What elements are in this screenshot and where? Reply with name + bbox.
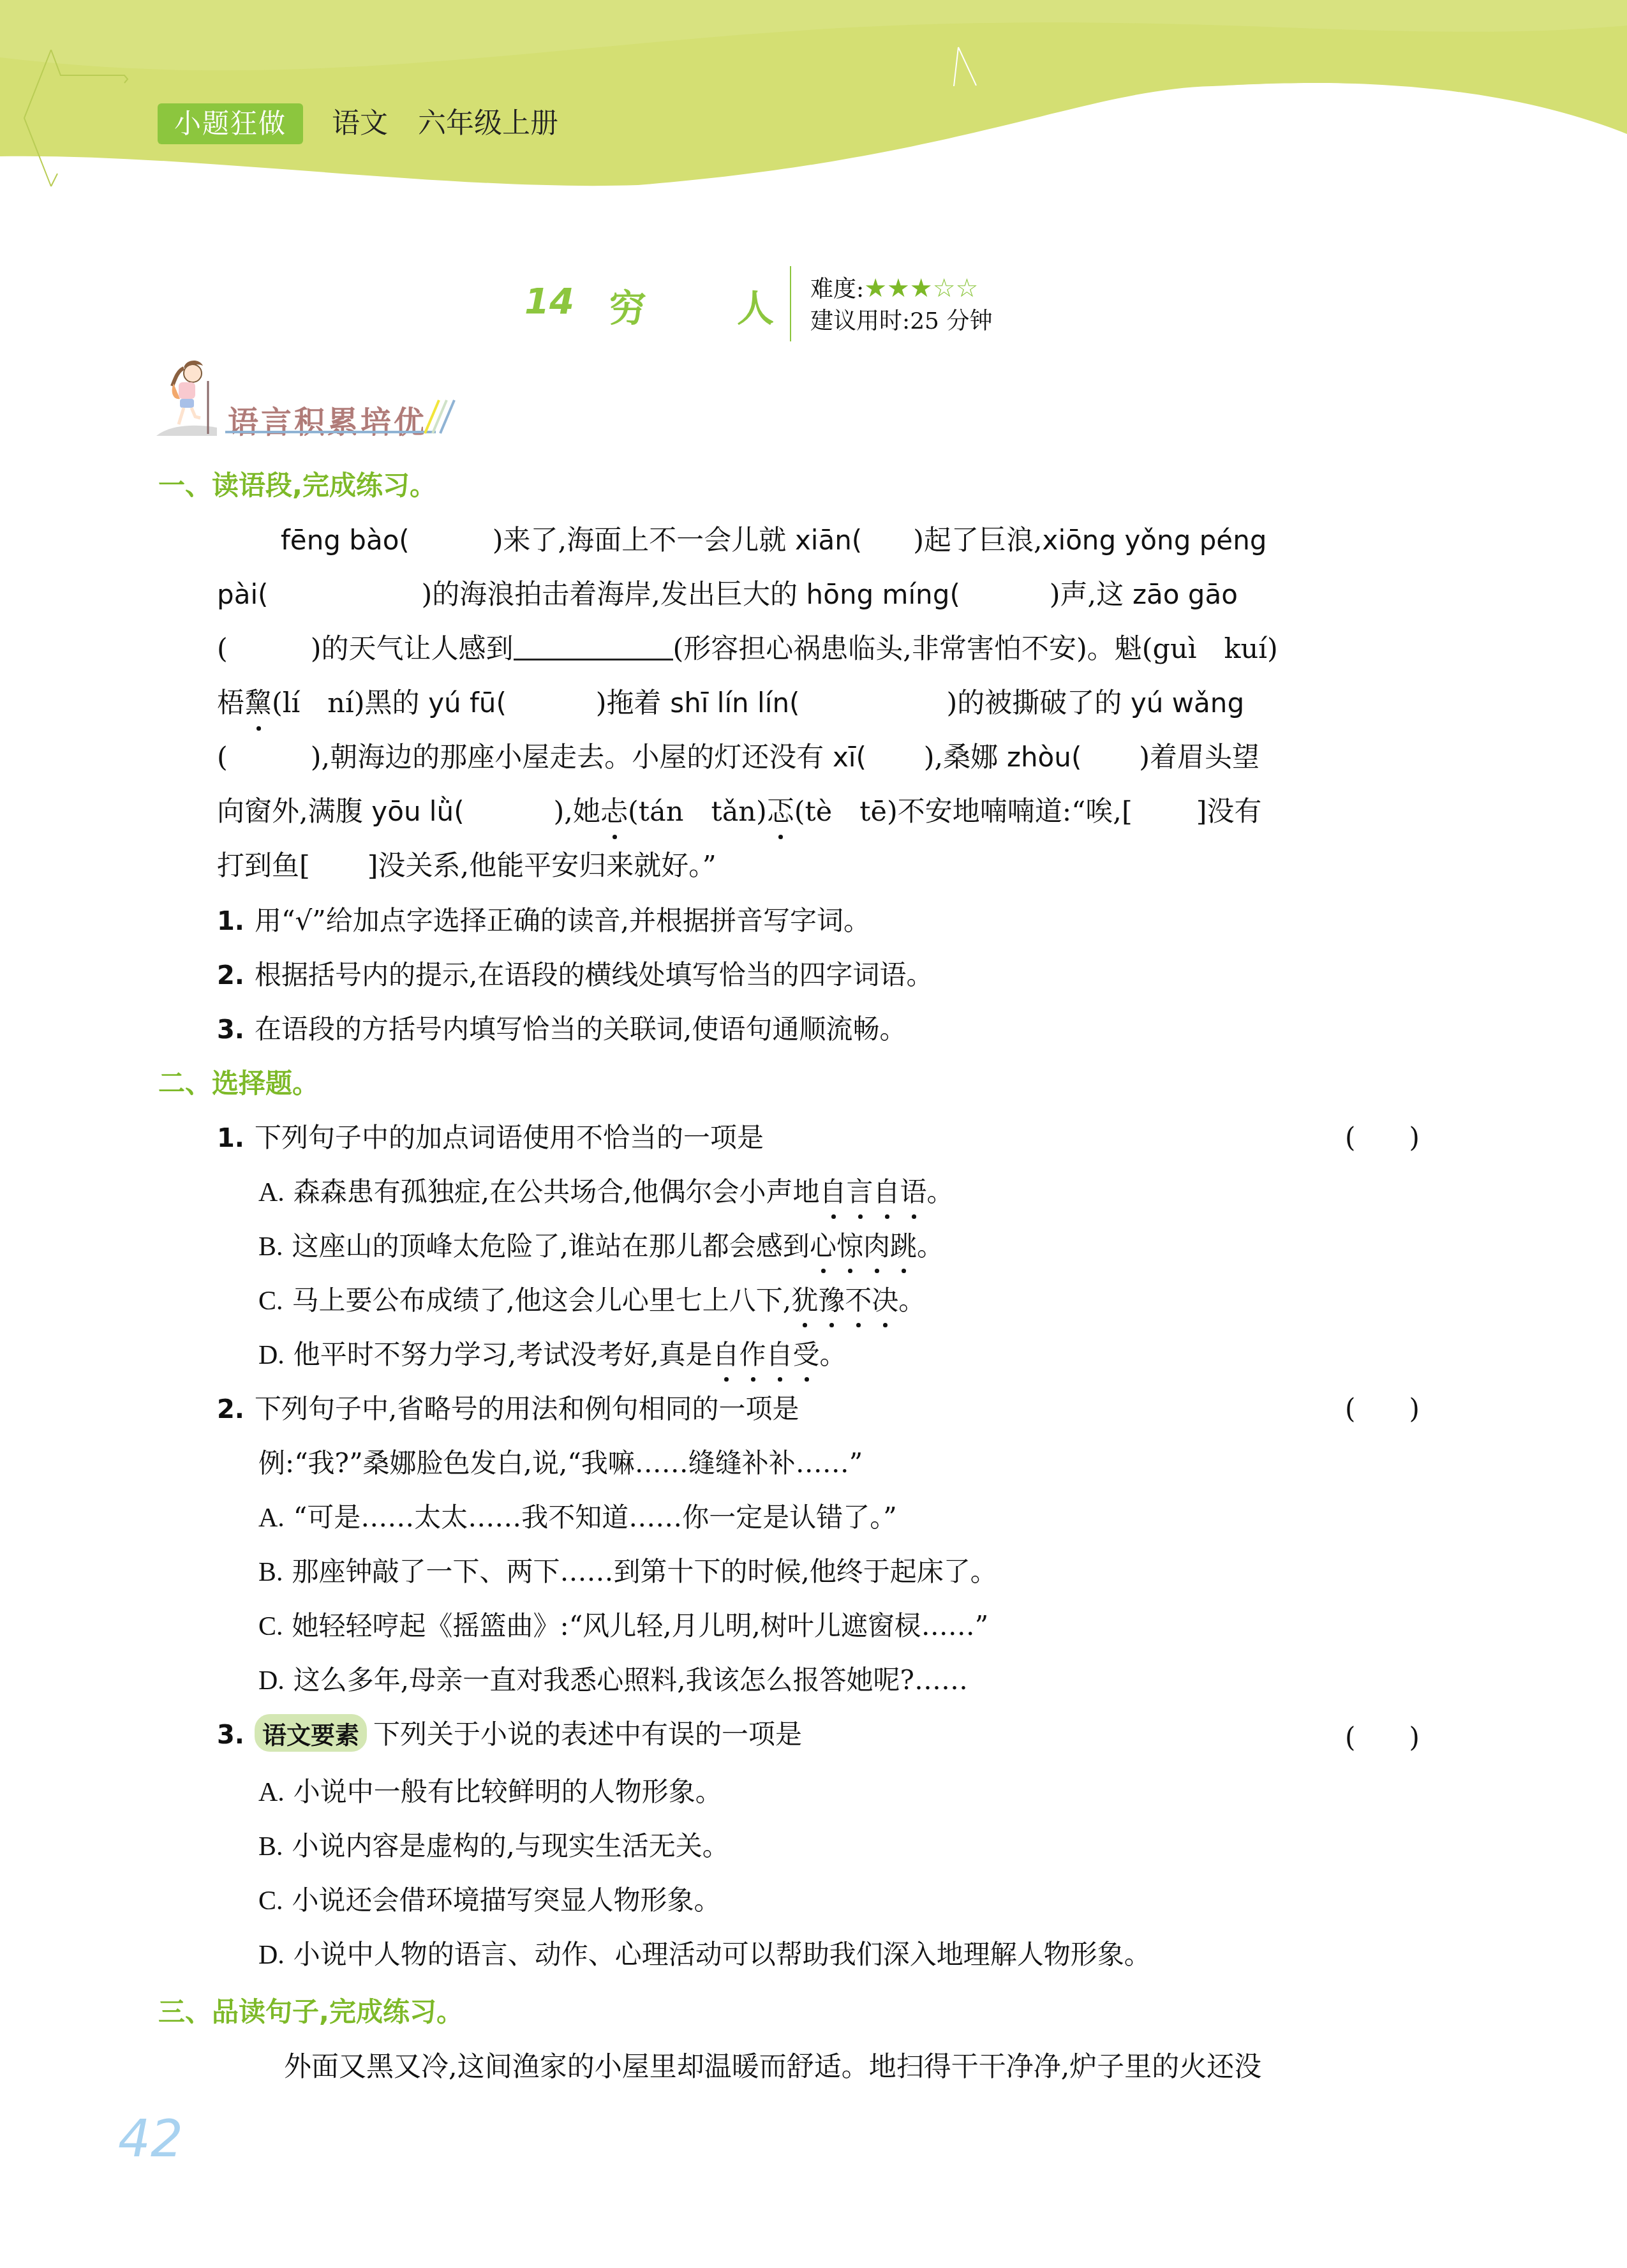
task-item: 2.根据括号内的提示,在语段的横线处填写恰当的四字词语。	[217, 954, 933, 992]
option-letter: B.	[258, 1832, 283, 1861]
title-divider	[790, 266, 791, 341]
option-a[interactable]: A.森森患有孤独症,在公共场合,他偶尔会小声地自言自语。	[258, 1171, 954, 1209]
suggested-time: 建议用时:25 分钟	[810, 303, 992, 336]
text-span: ),朝海边的那座小屋走去。小屋的灯还没有	[311, 742, 833, 773]
text-span: 打到鱼[	[217, 850, 310, 882]
series-badge: 小题狂做	[158, 103, 303, 144]
task-number: 3.	[217, 1015, 244, 1045]
text-span: )的天气让人感到	[311, 633, 514, 665]
option-a[interactable]: A.“可是……太太……我不知道……你一定是认错了。”	[258, 1496, 897, 1535]
pronunciation-choice[interactable]: (lí ní)黑的	[272, 687, 428, 719]
option-text: 那座钟敲了一下、两下……到第十下的时候,他终于起床了。	[292, 1556, 997, 1587]
pinyin-xi: xī(	[833, 742, 866, 773]
text-span: ]没关系,他能平安归来就好。”	[368, 850, 717, 882]
option-d[interactable]: D.他平时不努力学习,考试没考好,真是自作自受。	[258, 1334, 847, 1372]
banner-underline	[225, 431, 436, 433]
question-1-stem: 1.下列句子中的加点词语使用不恰当的一项是	[217, 1117, 764, 1155]
pinyin-zaogao: zāo gāo	[1133, 579, 1238, 610]
option-text: 她轻轻哼起《摇篮曲》:“风儿轻,月儿明,树叶儿遮窗棂……”	[292, 1610, 989, 1641]
idiom-underline-blank[interactable]	[514, 633, 673, 660]
text-span: (	[217, 742, 228, 773]
pinyin-xiongyongpeng: xiōng yǒng péng	[1043, 525, 1267, 556]
pinyin-xian: xiān(	[795, 525, 862, 556]
pinyin-shilinlin: shī lín lín(	[670, 687, 799, 719]
task-number: 2.	[217, 961, 244, 990]
pinyin-pai: pài(	[217, 579, 268, 610]
option-d[interactable]: D.小说中人物的语言、动作、心理活动可以帮助我们深入地理解人物形象。	[258, 1934, 1151, 1972]
option-text: 小说还会借环境描写突显人物形象。	[292, 1884, 721, 1916]
question-number: 2.	[217, 1395, 244, 1424]
option-c[interactable]: C.小说还会借环境描写突显人物形象。	[258, 1879, 721, 1918]
option-b[interactable]: B.那座钟敲了一下、两下……到第十下的时候,他终于起床了。	[258, 1551, 997, 1589]
text-span: )的被撕破了的	[946, 687, 1130, 719]
option-b[interactable]: B.这座山的顶峰太危险了,谁站在那儿都会感到心惊肉跳。	[258, 1225, 944, 1264]
option-text: 这么多年,母亲一直对我悉心照料,我该怎么报答她呢?……	[293, 1664, 968, 1696]
option-text: 他平时不努力学习,考试没考好,真是	[293, 1339, 713, 1370]
paragraph-line-7: 打到鱼[]没关系,他能平安归来就好。”	[217, 844, 1442, 883]
dotted-word: 犹豫不决	[791, 1285, 898, 1316]
hiker-girl-icon	[153, 354, 227, 437]
task-text: 在语段的方括号内填写恰当的关联词,使语句通顺流畅。	[255, 1013, 906, 1045]
header-band: 小题狂做 语文 六年级上册	[0, 0, 1627, 211]
text-span: (	[217, 633, 228, 665]
option-b[interactable]: B.小说内容是虚构的,与现实生活无关。	[258, 1825, 729, 1863]
text-span: ]没有	[1196, 796, 1262, 828]
difficulty-label: 难度:	[810, 276, 864, 302]
paragraph-line-6: 向窗外,满腹 yōu lǜ(),她忐(tán tǎn)忑(tè tē)不安地喃喃…	[217, 790, 1442, 829]
paragraph-line-2: pài()的海浪拍击着海岸,发出巨大的 hōng míng()声,这 zāo g…	[217, 573, 1442, 612]
option-d[interactable]: D.这么多年,母亲一直对我悉心照料,我该怎么报答她呢?……	[258, 1659, 968, 1697]
star-filled-icon: ★★★	[864, 274, 933, 303]
text-span: (形容担心祸患临头,非常害怕不安)。魁(guì kuí)	[673, 633, 1278, 665]
option-letter: D.	[258, 1341, 285, 1370]
dotted-char: 忐	[600, 796, 628, 828]
example-sentence: 例:“我?”桑娜脸色发白,说,“我嘛……缝缝补补……”	[258, 1442, 863, 1481]
pinyin-fengbao: fēng bào(	[281, 525, 410, 556]
answer-paren[interactable]: ( )	[1345, 1388, 1420, 1426]
text-span: 向窗外,满腹	[217, 796, 371, 828]
pronunciation-choice[interactable]: (tán tǎn)	[628, 796, 767, 828]
subject-label: 语文	[332, 103, 388, 144]
text-span: )声,这	[1050, 579, 1133, 611]
pinyin-hongming: hōng míng(	[806, 579, 960, 610]
text-span: ),她	[554, 796, 600, 828]
question-3-stem: 3.语文要素下列关于小说的表述中有误的一项是	[217, 1713, 802, 1752]
option-letter: C.	[258, 1287, 283, 1316]
text-span: ),桑娜	[924, 742, 1007, 773]
option-text: 这座山的顶峰太危险了,谁站在那儿都会感到	[292, 1230, 810, 1262]
task-number: 1.	[217, 907, 244, 936]
option-letter: B.	[258, 1232, 283, 1262]
dotted-char: 黧	[244, 687, 272, 719]
dotted-char: 忑	[767, 796, 794, 828]
question-text: 下列关于小说的表述中有误的一项是	[373, 1719, 802, 1750]
question-text: 下列句子中的加点词语使用不恰当的一项是	[255, 1122, 764, 1153]
banner-title: 语言积累培优	[228, 398, 427, 442]
task-text: 根据括号内的提示,在语段的横线处填写恰当的四字词语。	[255, 959, 933, 990]
pinyin-yufu: yú fū(	[428, 687, 507, 719]
section-heading-1: 一、读语段,完成练习。	[158, 465, 436, 503]
option-a[interactable]: A.小说中一般有比较鲜明的人物形象。	[258, 1771, 722, 1809]
option-text: 。	[927, 1176, 954, 1207]
text-span: )拖着	[596, 687, 670, 719]
passage-line-1: 外面又黑又冷,这间渔家的小屋里却温暖而舒适。地扫得干干净净,炉子里的火还没	[284, 2045, 1442, 2084]
task-item: 1.用“√”给加点字选择正确的读音,并根据拼音写字词。	[217, 900, 870, 938]
text-span: )起了巨浪,	[913, 525, 1042, 556]
option-letter: A.	[258, 1778, 285, 1807]
option-text: 小说中一般有比较鲜明的人物形象。	[293, 1776, 722, 1807]
task-item: 3.在语段的方括号内填写恰当的关联词,使语句通顺流畅。	[217, 1008, 906, 1047]
option-letter: A.	[258, 1178, 285, 1207]
option-text: 。	[917, 1230, 944, 1262]
answer-paren[interactable]: ( )	[1345, 1717, 1420, 1755]
pinyin-zhou: zhòu(	[1007, 742, 1081, 773]
option-letter: B.	[258, 1558, 283, 1587]
lesson-title-char-1: 穷	[609, 278, 646, 332]
text-span: )的海浪拍击着海岸,发出巨大的	[421, 579, 806, 611]
paragraph-line-3: ()的天气让人感到(形容担心祸患临头,非常害怕不安)。魁(guì kuí)	[217, 627, 1442, 666]
section-heading-3: 三、品读句子,完成练习。	[158, 1991, 463, 2029]
lesson-number: 14	[524, 281, 574, 322]
option-text: 小说中人物的语言、动作、心理活动可以帮助我们深入地理解人物形象。	[293, 1939, 1151, 1970]
option-text: 森森患有孤独症,在公共场合,他偶尔会小声地	[293, 1176, 820, 1207]
pronunciation-choice[interactable]: (tè tē)不安地喃喃道:“唉,[	[794, 796, 1133, 828]
grade-label: 六年级上册	[418, 103, 558, 144]
option-text: 。	[820, 1339, 847, 1370]
question-number: 1.	[217, 1124, 244, 1153]
paragraph-line-4: 梧黧(lí ní)黑的 yú fū()拖着 shī lín lín()的被撕破了…	[217, 682, 1442, 720]
text-span: )来了,海面上不一会儿就	[493, 525, 795, 556]
section-banner: 语言积累培优	[153, 354, 491, 437]
text-span: 梧	[217, 687, 244, 719]
text-span: )着眉头望	[1139, 742, 1259, 773]
pinyin-youlv: yōu lǜ(	[371, 796, 464, 827]
lesson-title-char-2: 人	[737, 278, 774, 332]
option-letter: D.	[258, 1941, 285, 1970]
star-empty-icon: ☆☆	[933, 274, 979, 303]
task-text: 用“√”给加点字选择正确的读音,并根据拼音写字词。	[255, 905, 870, 936]
question-2-stem: 2.下列句子中,省略号的用法和例句相同的一项是	[217, 1388, 799, 1426]
paragraph-line-5: (),朝海边的那座小屋走去。小屋的灯还没有 xī(),桑娜 zhòu()着眉头望	[217, 736, 1442, 775]
dotted-word: 自言自语	[820, 1176, 927, 1207]
option-text: 马上要公布成绩了,他这会儿心里七上八下,	[292, 1285, 792, 1316]
pinyin-yuwang: yú wǎng	[1131, 687, 1244, 719]
option-text: 。	[898, 1285, 925, 1316]
page-number: 42	[118, 2109, 183, 2168]
option-letter: A.	[258, 1503, 285, 1533]
section-heading-2: 二、选择题。	[158, 1063, 319, 1101]
question-number: 3.	[217, 1720, 244, 1750]
dotted-word: 心惊肉跳	[810, 1230, 917, 1262]
option-text: 小说内容是虚构的,与现实生活无关。	[292, 1830, 729, 1861]
chinese-elements-tag: 语文要素	[255, 1714, 367, 1752]
option-letter: C.	[258, 1886, 283, 1916]
answer-paren[interactable]: ( )	[1345, 1117, 1420, 1155]
difficulty-rating: 难度:★★★☆☆	[810, 271, 978, 304]
banner-stripes-decoration	[421, 399, 459, 435]
option-c[interactable]: C.她轻轻哼起《摇篮曲》:“风儿轻,月儿明,树叶儿遮窗棂……”	[258, 1605, 988, 1643]
option-text: “可是……太太……我不知道……你一定是认错了。”	[293, 1502, 897, 1533]
option-letter: D.	[258, 1666, 285, 1696]
dotted-word: 自作自受	[713, 1339, 820, 1370]
option-c[interactable]: C.马上要公布成绩了,他这会儿心里七上八下,犹豫不决。	[258, 1279, 925, 1318]
question-text: 下列句子中,省略号的用法和例句相同的一项是	[255, 1393, 799, 1424]
option-letter: C.	[258, 1612, 283, 1641]
paragraph-line-1: fēng bào()来了,海面上不一会儿就 xiān()起了巨浪,xiōng y…	[281, 519, 1442, 558]
